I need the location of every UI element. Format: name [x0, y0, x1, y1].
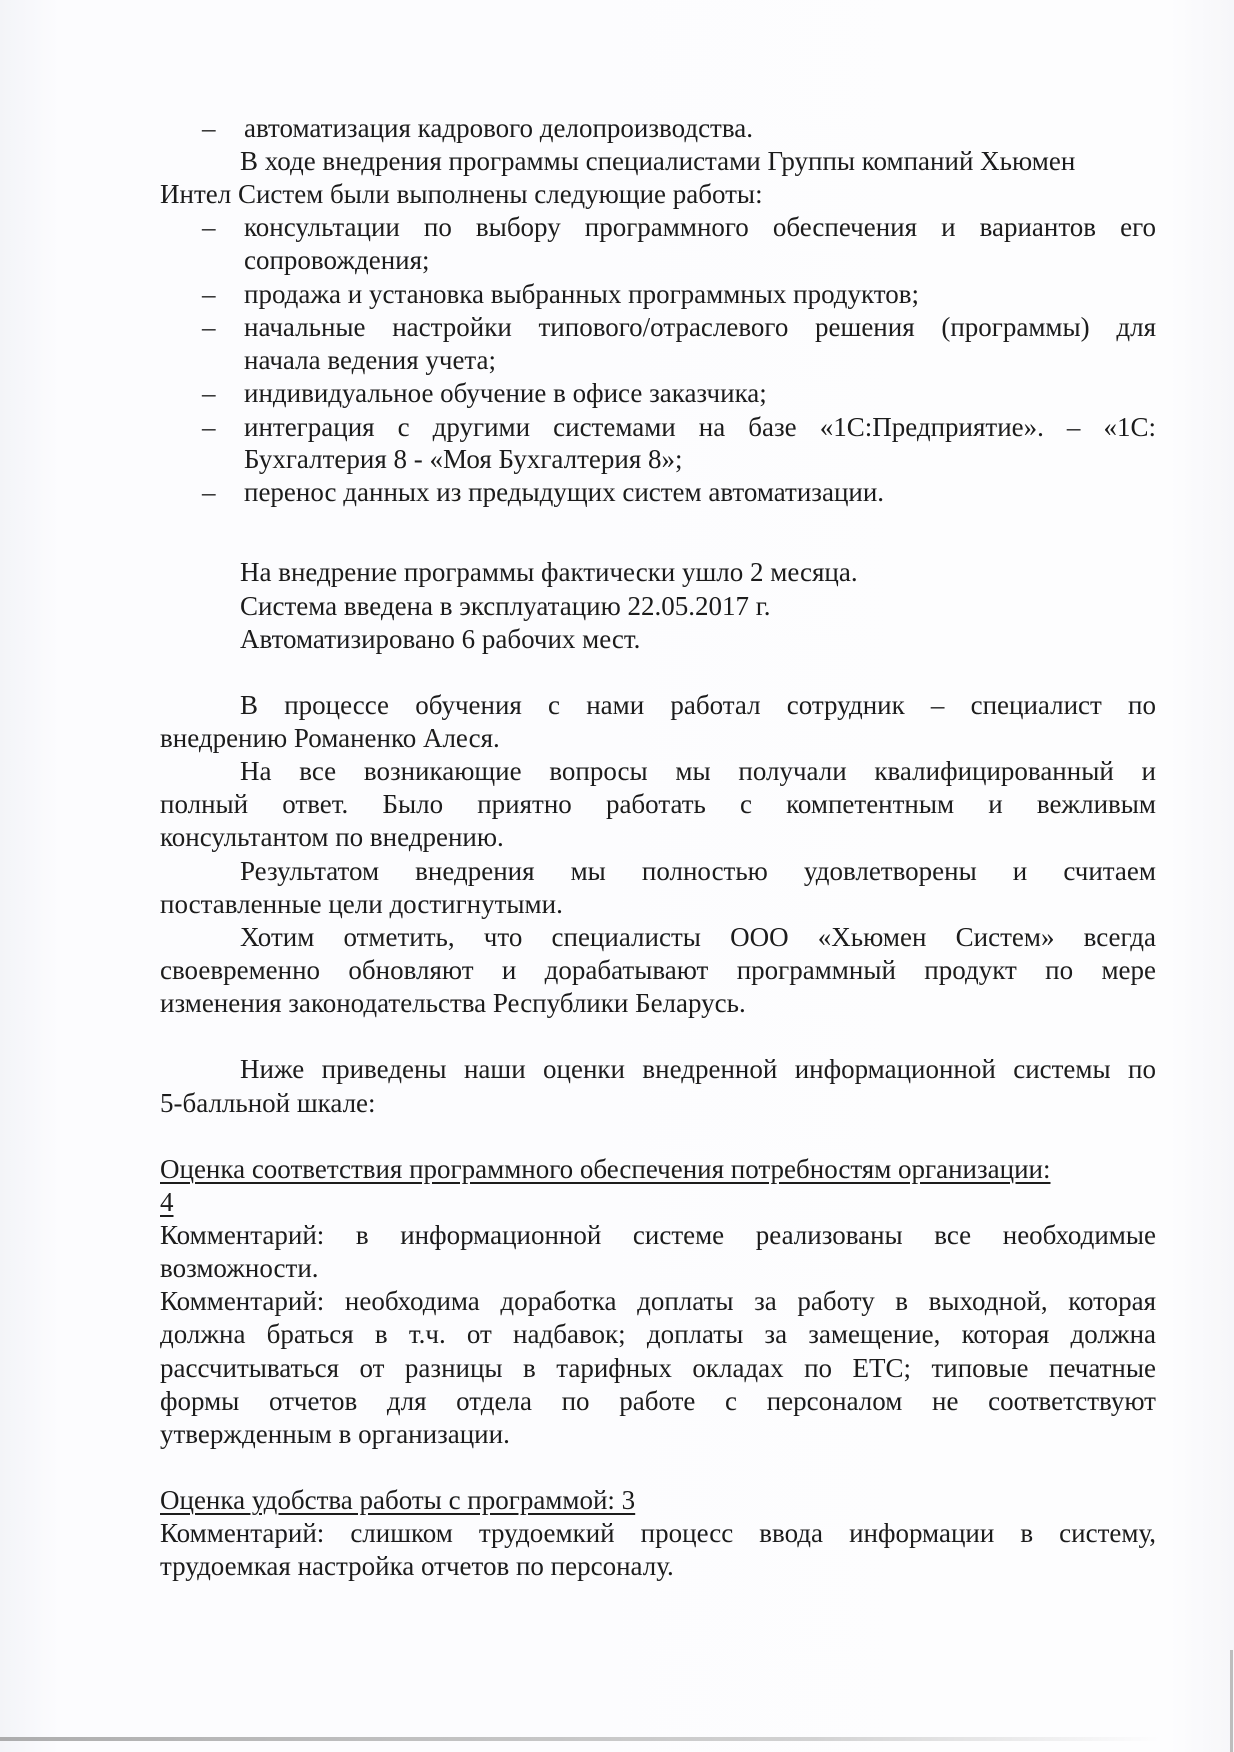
rating-score: 4 [160, 1186, 174, 1219]
rating-title: Оценка удобства работы с программой: 3 [160, 1484, 635, 1517]
bullet-dash: – [202, 211, 216, 244]
rating-title: Оценка соответствия программного обеспеч… [160, 1153, 1051, 1186]
rating-comment-line: Комментарий: слишком трудоемкий процесс … [160, 1517, 1156, 1550]
bullet-item: автоматизация кадрового делопроизводства… [244, 112, 753, 145]
bullet-dash: – [202, 377, 216, 410]
works-item: консультации по выбору программного обес… [244, 211, 1156, 244]
scanned-page: – автоматизация кадрового делопроизводст… [0, 0, 1234, 1752]
works-item: индивидуальное обучение в офисе заказчик… [244, 377, 767, 410]
paragraph-questions-line: консультантом по внедрению. [160, 821, 504, 854]
paragraph-questions-line: полный ответ. Было приятно работать с ко… [160, 788, 1156, 821]
ratings-intro-line: 5-балльной шкале: [160, 1087, 376, 1120]
works-item: перенос данных из предыдущих систем авто… [244, 476, 884, 509]
paragraph-updates-line: своевременно обновляют и дорабатывают пр… [160, 954, 1156, 987]
paragraph-updates-line: Хотим отметить, что специалисты ООО «Хью… [160, 921, 1156, 954]
rating-comment-line: формы отчетов для отдела по работе с пер… [160, 1385, 1156, 1418]
bullet-dash: – [202, 411, 216, 444]
rating-comment-line: Комментарий: в информационной системе ре… [160, 1219, 1156, 1252]
stat-commissioned: Система введена в эксплуатацию 22.05.201… [240, 590, 771, 623]
works-item: продажа и установка выбранных программны… [244, 278, 919, 311]
paragraph-questions-line: На все возникающие вопросы мы получали к… [160, 755, 1156, 788]
scan-edge-shadow [0, 1737, 1160, 1741]
rating-comment-line: утвержденным в организации. [160, 1418, 510, 1451]
stat-workplaces: Автоматизировано 6 рабочих мест. [240, 623, 640, 656]
works-item-continued: Бухгалтерия 8 - «Моя Бухгалтерия 8»; [244, 443, 683, 476]
works-intro-line: В ходе внедрения программы специалистами… [240, 145, 1075, 178]
works-item: начальные настройки типового/отраслевого… [244, 311, 1156, 344]
works-item: интеграция с другими системами на базе «… [244, 411, 1156, 444]
works-item-continued: начала ведения учета; [244, 344, 496, 377]
works-intro-line: Интел Систем были выполнены следующие ра… [160, 178, 763, 211]
stat-duration: На внедрение программы фактически ушло 2… [240, 556, 858, 589]
works-item-continued: сопровождения; [244, 244, 430, 277]
paragraph-result-line: Результатом внедрения мы полностью удовл… [160, 855, 1156, 888]
paragraph-training-line: В процессе обучения с нами работал сотру… [160, 689, 1156, 722]
ratings-intro-line: Ниже приведены наши оценки внедренной ин… [160, 1053, 1156, 1086]
rating-comment-line: рассчитываться от разницы в тарифных окл… [160, 1352, 1156, 1385]
rating-comment-line: возможности. [160, 1252, 319, 1285]
scan-edge-right [1230, 1650, 1233, 1752]
paragraph-updates-line: изменения законодательства Республики Бе… [160, 987, 746, 1020]
paragraph-training-line: внедрению Романенко Алеся. [160, 722, 500, 755]
bullet-dash: – [202, 112, 216, 145]
paragraph-result-line: поставленные цели достигнутыми. [160, 888, 563, 921]
bullet-dash: – [202, 311, 216, 344]
bullet-dash: – [202, 476, 216, 509]
rating-comment-line: Комментарий: необходима доработка доплат… [160, 1285, 1156, 1318]
rating-comment-line: трудоемкая настройка отчетов по персонал… [160, 1550, 674, 1583]
rating-comment-line: должна браться в т.ч. от надбавок; допла… [160, 1318, 1156, 1351]
bullet-dash: – [202, 278, 216, 311]
